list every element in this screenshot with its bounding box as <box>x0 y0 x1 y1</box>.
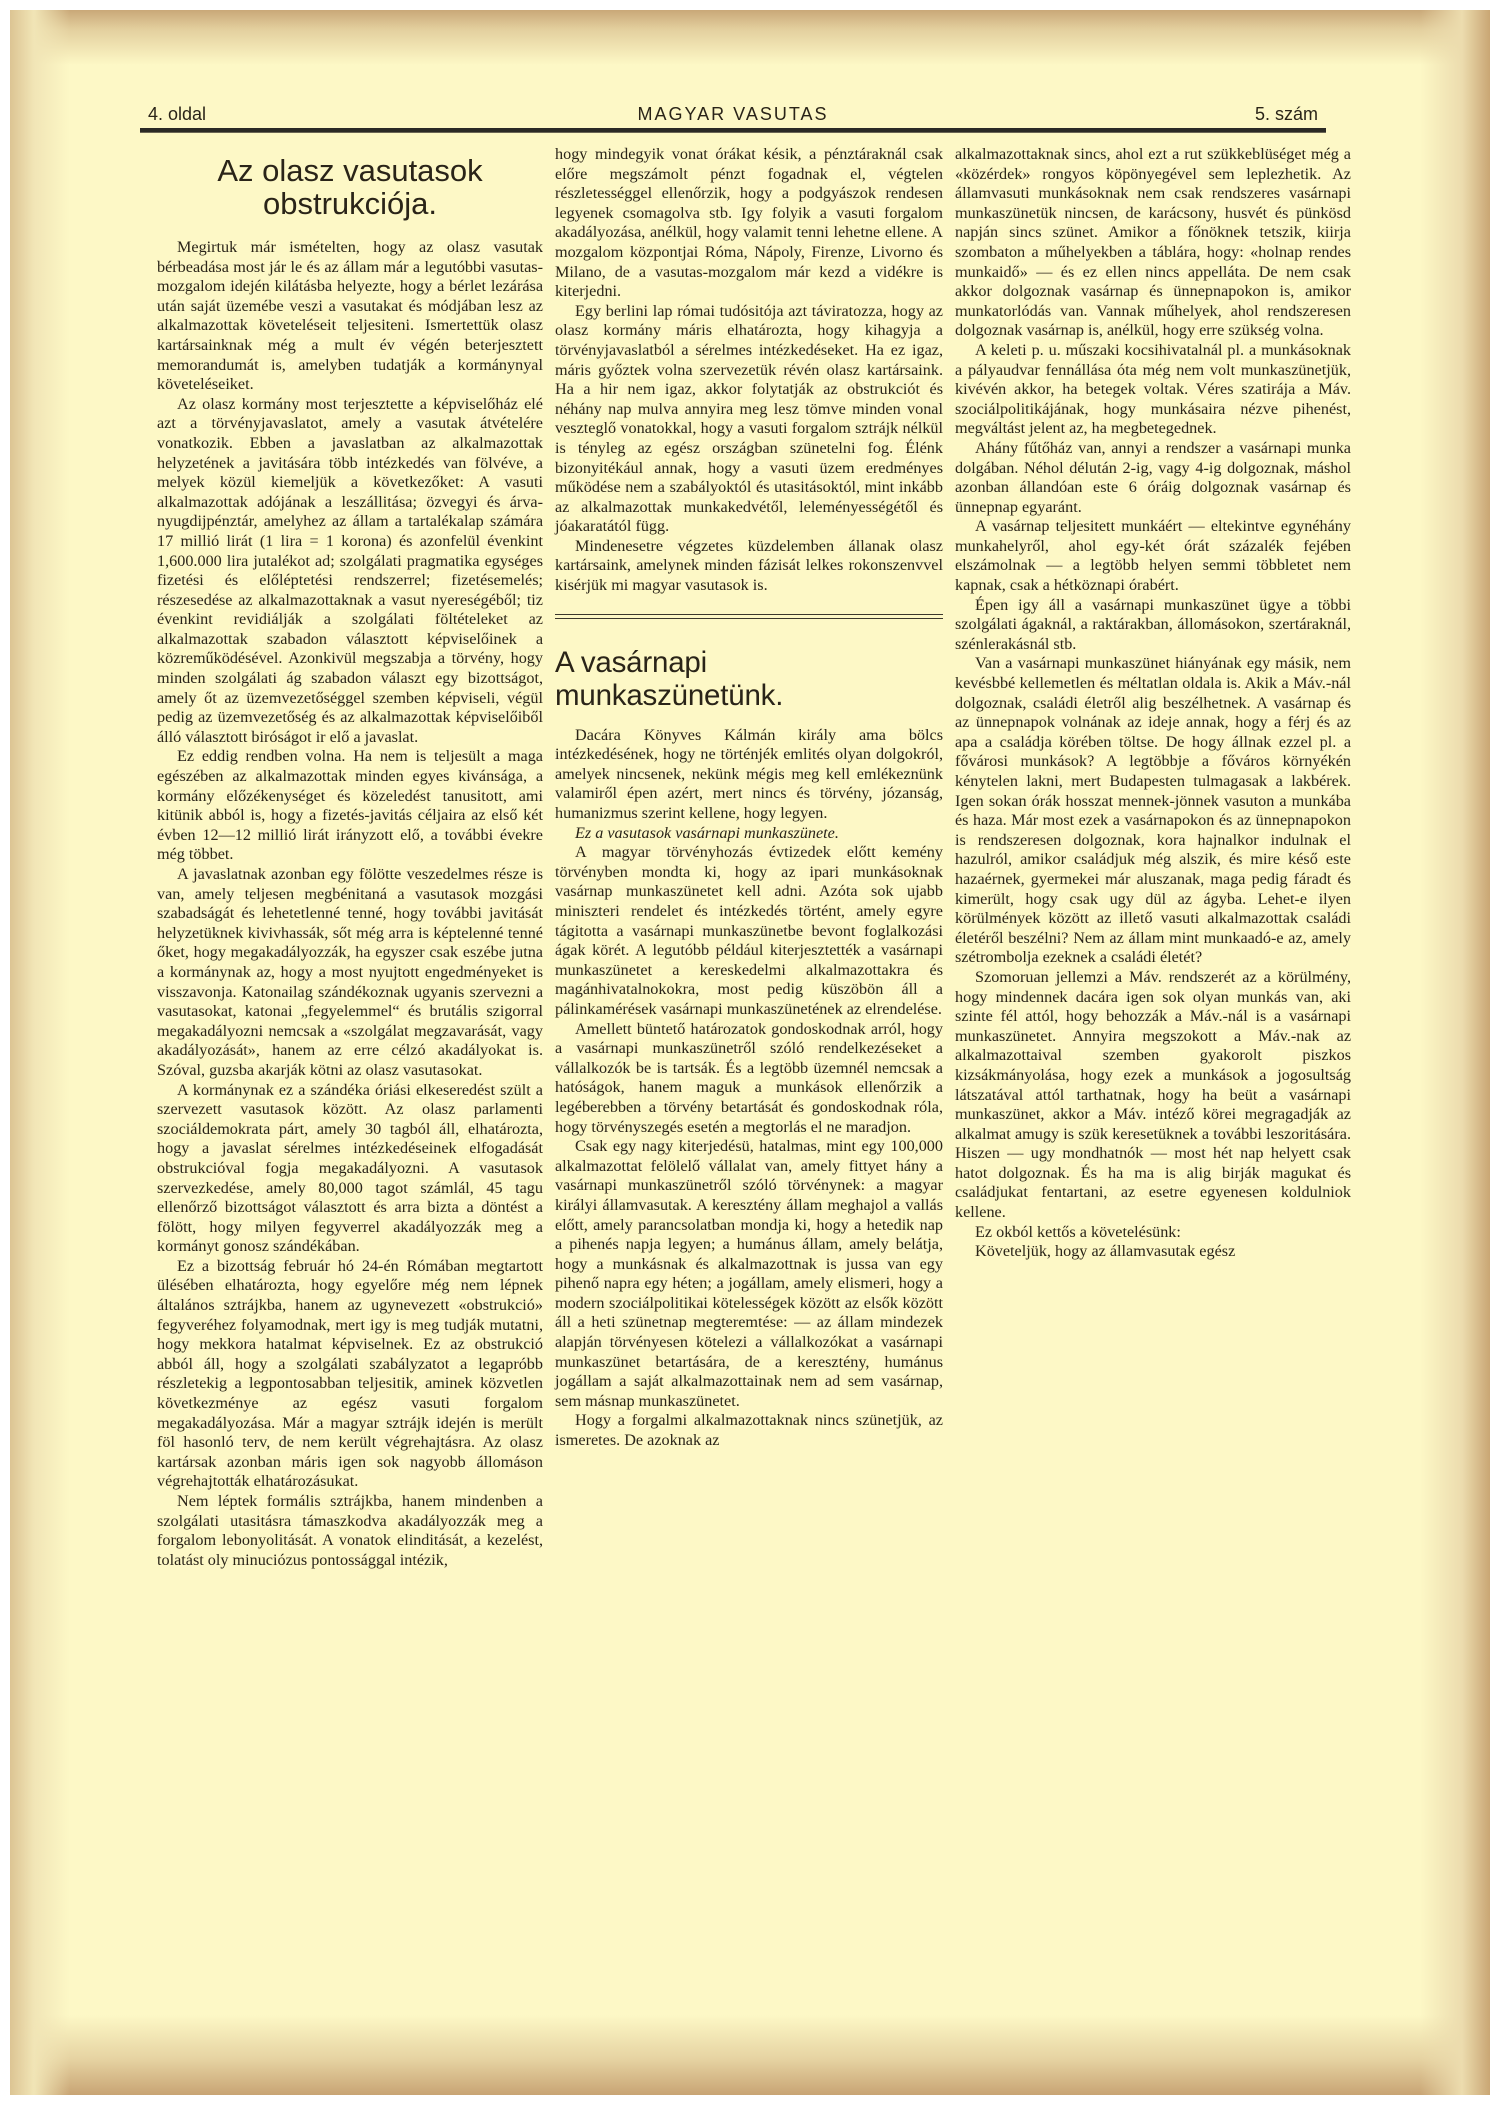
column-2: hogy mindegyik vonat órákat késik, a pén… <box>555 145 943 1451</box>
article-1-paragraph: Ez eddig rendben volna. Ha nem is teljes… <box>157 747 543 865</box>
issue-number: 5. szám <box>1255 104 1318 125</box>
article-2-paragraph: A vasárnap teljesitett munkáért — elteki… <box>955 517 1351 595</box>
masthead: MAGYAR VASUTAS <box>148 104 1318 125</box>
article-1-paragraph-split: Nem léptek formális sztrájkba, hanem min… <box>157 1492 543 1570</box>
article-1-paragraph: Egy berlini lap római tudósitója azt táv… <box>555 302 943 537</box>
article-1-paragraph: Megirtuk már ismételten, hogy az olasz v… <box>157 238 543 395</box>
article-1-paragraph: Mindenesetre végzetes küzdelemben állana… <box>555 537 943 596</box>
header-rule <box>140 128 1326 133</box>
article-divider <box>555 614 943 620</box>
page-edge-left <box>10 10 70 2095</box>
page-edge-top <box>10 10 1490 65</box>
article-1-paragraph: Ez a bizottság február hó 24-én Rómában … <box>157 1257 543 1492</box>
page-edge-bottom <box>10 2015 1490 2095</box>
article-2-paragraph-italic: Ez a vasutasok vasárnapi munkaszünete. <box>555 824 943 844</box>
article-2-paragraph: Követeljük, hogy az államvasutak egész <box>955 1242 1351 1262</box>
page-edge-right <box>1420 10 1490 2095</box>
article-1-paragraph-continued: hogy mindegyik vonat órákat késik, a pén… <box>555 145 943 302</box>
article-2-paragraph: A keleti p. u. műszaki kocsihivatalnál p… <box>955 341 1351 439</box>
article-2-paragraph: Épen igy áll a vasárnapi munkaszünet ügy… <box>955 596 1351 655</box>
article-1-paragraph: Az olasz kormány most terjesztette a kép… <box>157 395 543 748</box>
article-1-paragraph: A javaslatnak azonban egy fölötte veszed… <box>157 865 543 1081</box>
article-2-paragraph: Amellett büntető határozatok gondoskodna… <box>555 1020 943 1138</box>
article-1-title: Az olasz vasutasok obstrukciója. <box>157 154 543 220</box>
article-2-paragraph: Dacára Könyves Kálmán király ama bölcs i… <box>555 726 943 824</box>
article-2-title: A vasárnapi munkaszünetünk. <box>555 646 943 712</box>
article-1-paragraph: A kormánynak ez a szándéka óriási elkese… <box>157 1081 543 1257</box>
column-1: Az olasz vasutasok obstrukciója. Megirtu… <box>157 150 543 1570</box>
article-2-paragraph: Csak egy nagy kiterjedésü, hatalmas, min… <box>555 1137 943 1411</box>
article-2-paragraph: Ahány fűtőház van, annyi a rendszer a va… <box>955 439 1351 517</box>
article-2-paragraph: A magyar törvényhozás évtizedek előtt ke… <box>555 843 943 1019</box>
column-3: alkalmazottaknak sincs, ahol ezt a rut s… <box>955 145 1351 1262</box>
article-2-paragraph-split: Hogy a forgalmi alkalmazottaknak nincs s… <box>555 1411 943 1450</box>
article-2-paragraph: Ez okból kettős a követelésünk: <box>955 1223 1351 1243</box>
article-2-paragraph-continued: alkalmazottaknak sincs, ahol ezt a rut s… <box>955 145 1351 341</box>
article-2-paragraph: Szomoruan jellemzi a Máv. rendszerét az … <box>955 968 1351 1223</box>
article-2-paragraph: Van a vasárnapi munkaszünet hiányának eg… <box>955 654 1351 968</box>
